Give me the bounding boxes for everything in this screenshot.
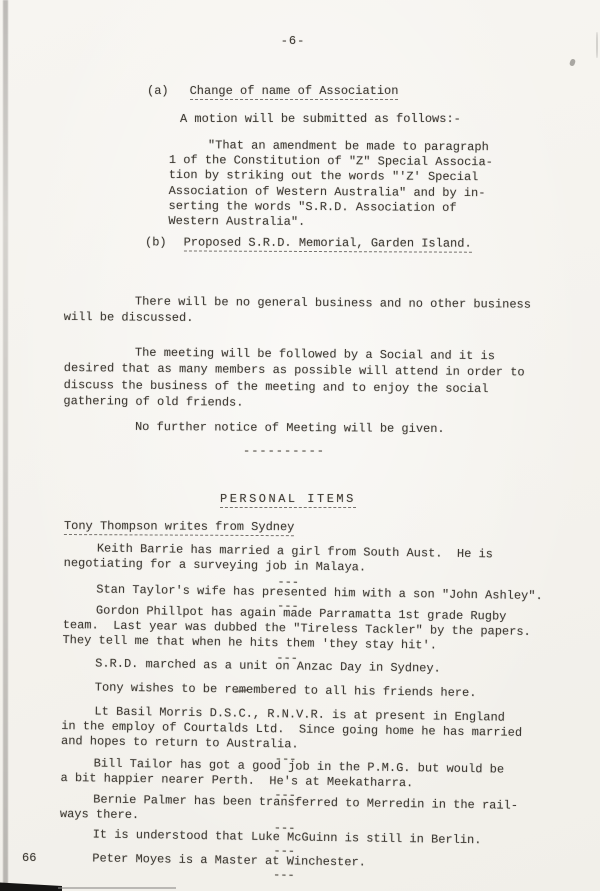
page-header-number: -6- <box>0 34 586 48</box>
notice-no-general-business: There will be no general business and no… <box>64 293 531 329</box>
personal-item-line: Peter Moyes is a Master at Winchester. <box>59 851 366 871</box>
personal-items-subheading: Tony Thompson writes from Sydney <box>64 519 295 536</box>
ink-speck <box>569 58 576 66</box>
agenda-item-b: (b)Proposed S.R.D. Memorial, Garden Isla… <box>145 235 472 250</box>
scan-edge-shadow <box>3 0 8 891</box>
quote-line: Western Australia". <box>168 214 492 231</box>
scanned-document-page: -6- (a)Change of name of Association A m… <box>0 0 600 891</box>
personal-item: Gordon Phillpot has again made Parramatt… <box>62 603 531 656</box>
scan-corner-shadow <box>0 882 62 891</box>
personal-item: Tony wishes to be remembered to all his … <box>62 680 477 701</box>
item-separator: --- <box>273 868 295 882</box>
personal-items-list: Keith Barrie has married a girl from Sou… <box>59 541 564 888</box>
personal-item-line: Tony wishes to be remembered to all his … <box>62 680 477 701</box>
section-separator: ---------- <box>243 444 325 458</box>
personal-item: Lt Basil Morris D.S.C., R.N.V.R. is at p… <box>61 704 523 756</box>
notice-social-gathering: The meeting will be followed by a Social… <box>63 344 524 414</box>
personal-item: Peter Moyes is a Master at Winchester. <box>59 851 366 871</box>
notice-line: will be discussed. <box>64 309 531 329</box>
motion-quote: "That an amendment be made to paragraph … <box>168 138 493 231</box>
item-a-title: Change of name of Association <box>190 84 399 100</box>
personal-item-line: It is understood that Luke McGuinn is st… <box>60 827 482 848</box>
personal-item: S.R.D. marched as a unit on Anzac Day in… <box>62 656 441 677</box>
quote-line: tion by striking out the words "'Z' Spec… <box>169 168 493 185</box>
personal-items-heading: PERSONAL ITEMS <box>220 492 356 508</box>
agenda-item-a: (a)Change of name of Association <box>147 84 398 98</box>
personal-item-line: S.R.D. marched as a unit on Anzac Day in… <box>62 656 441 677</box>
page-number: 66 <box>22 851 36 865</box>
personal-item: It is understood that Luke McGuinn is st… <box>60 827 482 848</box>
item-b-title: Proposed S.R.D. Memorial, Garden Island. <box>184 235 472 252</box>
item-b-label: (b) <box>145 235 167 249</box>
personal-item-line: Stan Taylor's wife has presented him wit… <box>63 582 543 604</box>
motion-intro: A motion will be submitted as follows:- <box>180 112 461 126</box>
scan-corner-line <box>58 887 176 890</box>
notice-no-further: No further notice of Meeting will be giv… <box>135 420 445 436</box>
item-a-label: (a) <box>147 84 169 98</box>
personal-item: Stan Taylor's wife has presented him wit… <box>63 582 543 604</box>
personal-item: Keith Barrie has married a girl from Sou… <box>64 541 493 578</box>
scan-edge-mark <box>596 32 598 58</box>
